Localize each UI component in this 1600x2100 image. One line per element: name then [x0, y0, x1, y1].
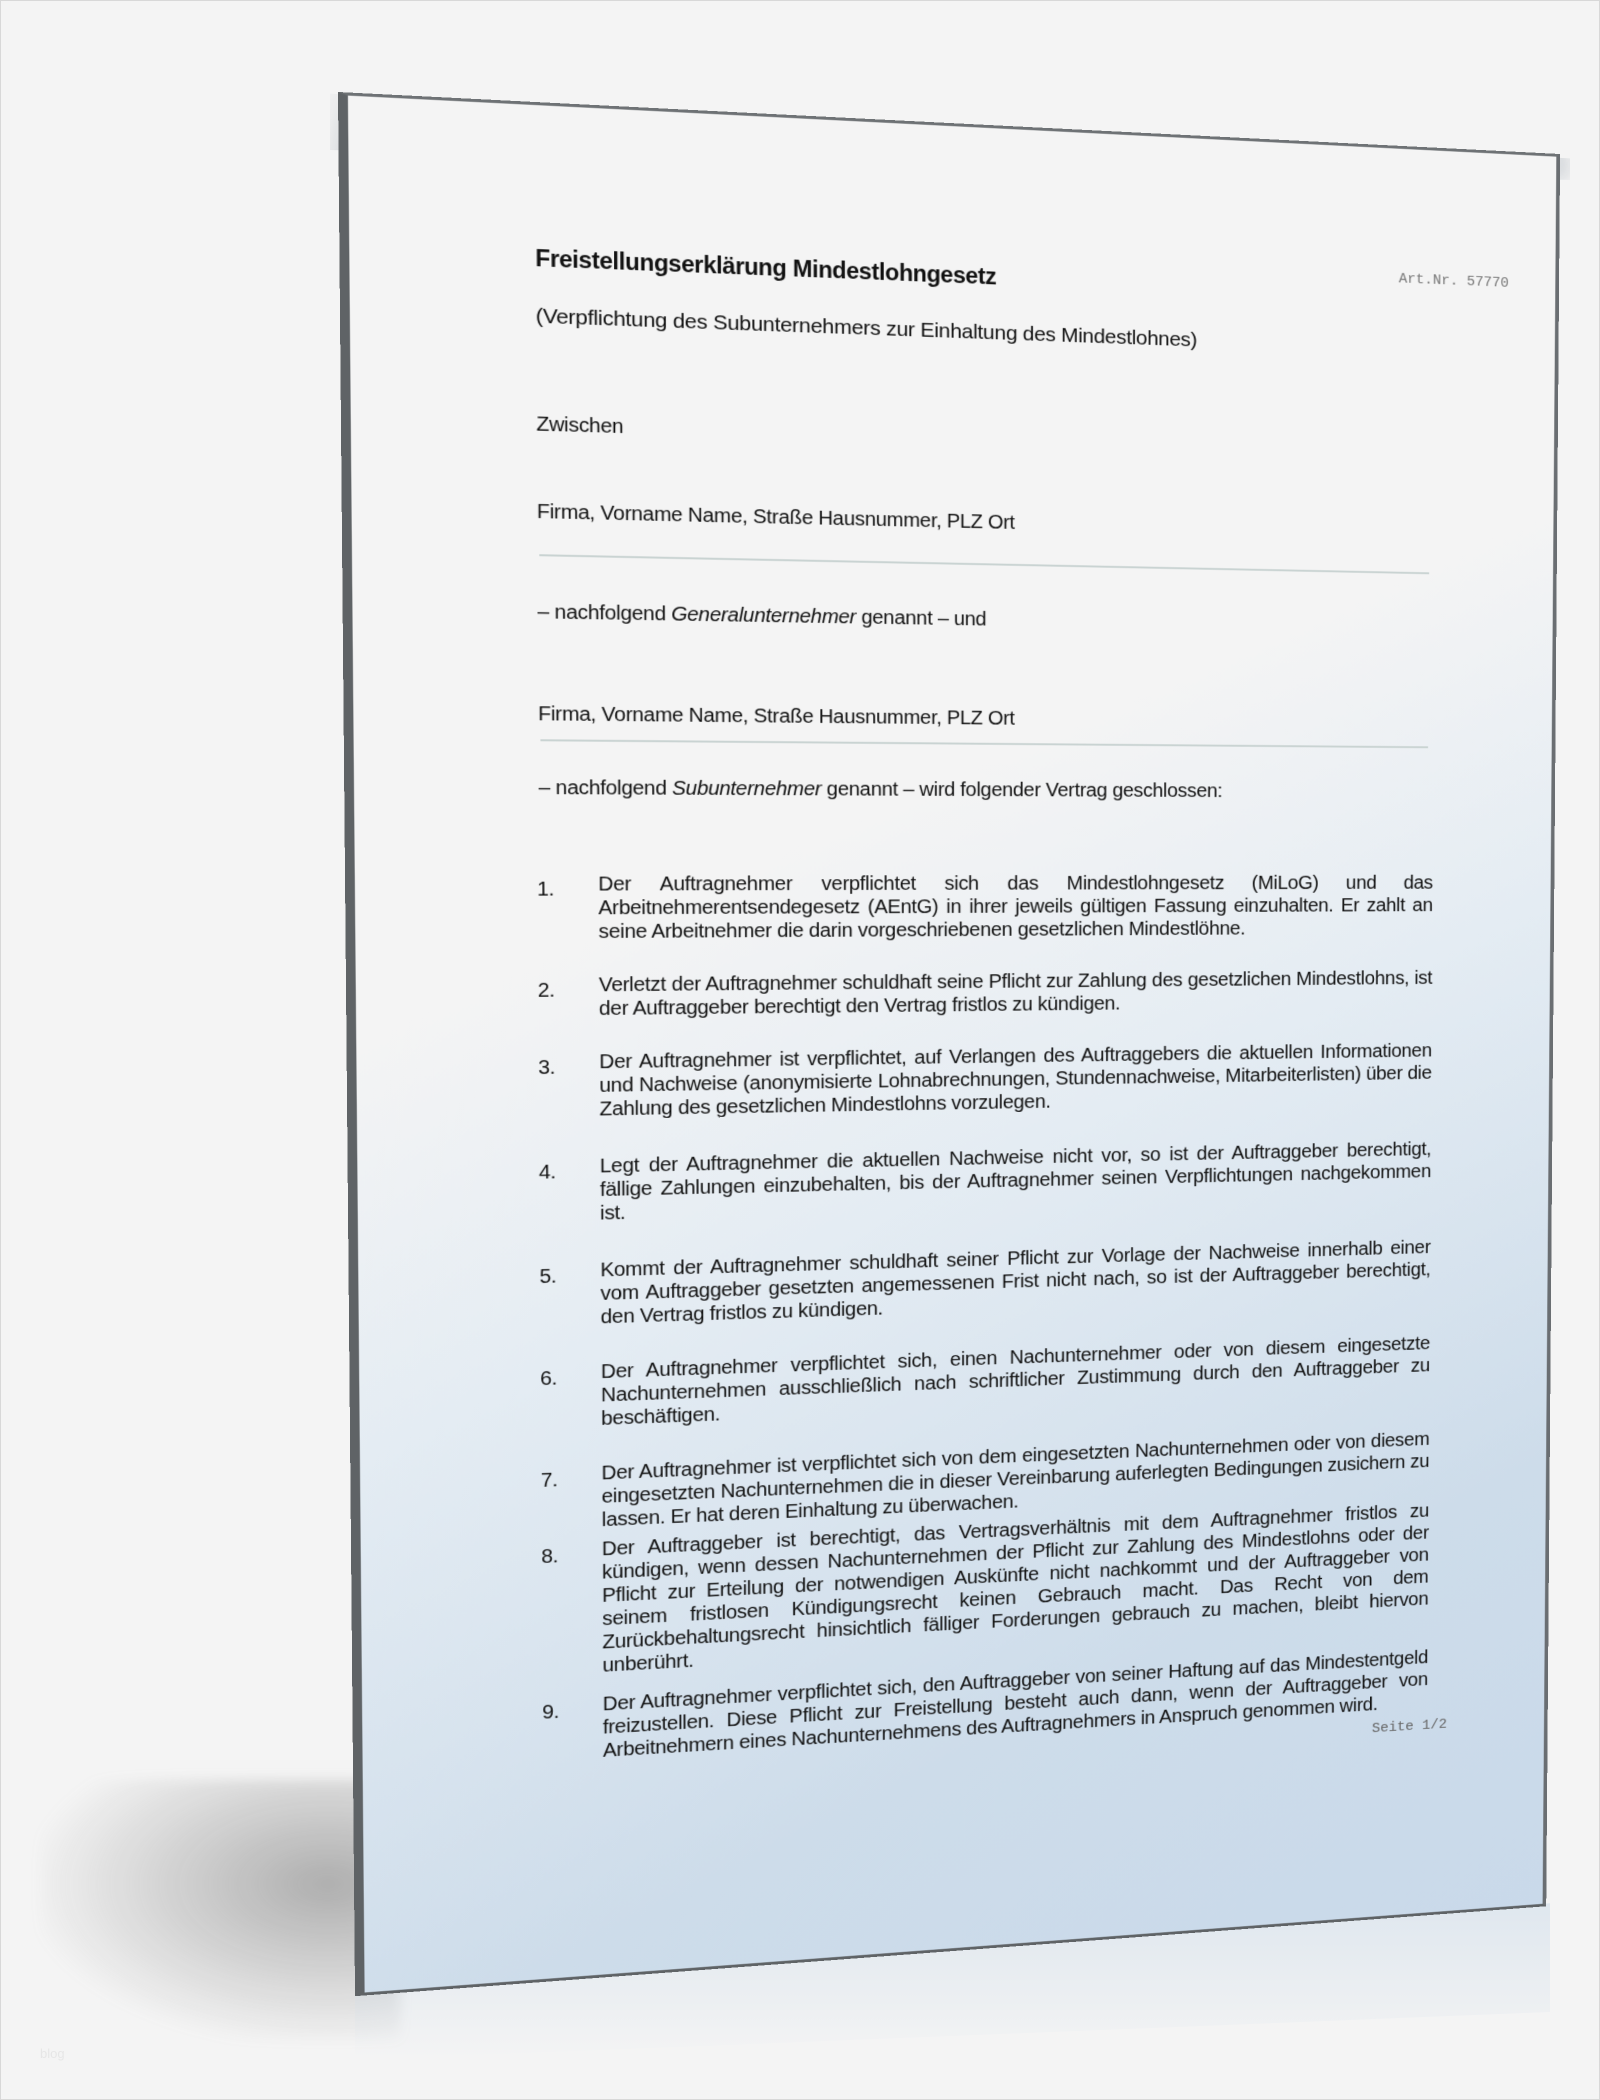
- party1-role-prefix: – nachfolgend: [537, 601, 671, 625]
- clause-6: 6. Der Auftragnehmer verpflichtet sich, …: [601, 1332, 1430, 1430]
- clause-text: Der Auftragnehmer verpflichtet sich, ein…: [601, 1332, 1430, 1430]
- clause-8: 8. Der Auftraggeber ist berechtigt, das …: [602, 1500, 1429, 1678]
- watermark: blog: [40, 2046, 65, 2061]
- clause-number: 3.: [538, 1056, 555, 1080]
- clause-text: Der Auftraggeber ist berechtigt, das Ver…: [602, 1500, 1429, 1678]
- page-number: Seite 1/2: [1372, 1717, 1447, 1737]
- clause-number: 8.: [541, 1545, 558, 1569]
- clause-number: 6.: [540, 1367, 557, 1391]
- clause-3: 3. Der Auftragnehmer ist verpflichtet, a…: [599, 1040, 1432, 1122]
- clause-1: 1. Der Auftragnehmer verpflichtet sich d…: [598, 872, 1433, 944]
- clause-text: Legt der Auftragnehmer die aktuellen Nac…: [600, 1138, 1432, 1225]
- clause-4: 4. Legt der Auftragnehmer die aktuellen …: [600, 1138, 1432, 1225]
- party2-separator-line: [540, 739, 1428, 748]
- document-page: Art.Nr. 57770 Freistellungserklärung Min…: [338, 92, 1560, 1996]
- page-drop-shadow: [40, 1780, 400, 2040]
- party1-role-name: Generalunternehmer: [671, 604, 856, 629]
- party2-role-suffix: genannt – wird folgender Vertrag geschlo…: [821, 779, 1222, 802]
- clause-text: Verletzt der Auftragnehmer schuldhaft se…: [599, 967, 1433, 1021]
- article-number: Art.Nr. 57770: [1399, 271, 1509, 292]
- clause-number: 2.: [538, 979, 555, 1003]
- clause-text: Der Auftragnehmer ist verpflichtet, auf …: [599, 1040, 1432, 1122]
- document-title: Freistellungserklärung Mindestlohngesetz: [535, 245, 996, 290]
- clause-number: 9.: [542, 1700, 559, 1724]
- party1-role-suffix: genannt – und: [856, 607, 986, 631]
- party1-separator-line: [539, 554, 1429, 574]
- party1-role: – nachfolgend Generalunternehmer genannt…: [537, 601, 986, 631]
- party2-role-name: Subunternehmer: [672, 778, 821, 800]
- party2-address-field: Firma, Vorname Name, Straße Hausnummer, …: [538, 703, 1015, 730]
- clause-number: 7.: [541, 1469, 558, 1493]
- clause-number: 1.: [537, 878, 554, 902]
- clause-number: 5.: [539, 1265, 556, 1289]
- clause-number: 4.: [539, 1161, 556, 1185]
- between-label: Zwischen: [536, 413, 623, 439]
- clause-text: Der Auftragnehmer verpflichtet sich das …: [598, 872, 1433, 944]
- clause-2: 2. Verletzt der Auftragnehmer schuldhaft…: [599, 967, 1433, 1021]
- clause-text: Kommt der Auftragnehmer schuldhaft seine…: [600, 1236, 1430, 1329]
- party1-address-field: Firma, Vorname Name, Straße Hausnummer, …: [537, 501, 1015, 535]
- party2-role-prefix: – nachfolgend: [539, 777, 673, 799]
- clause-5: 5. Kommt der Auftragnehmer schuldhaft se…: [600, 1236, 1430, 1329]
- document-page-wrapper: Art.Nr. 57770 Freistellungserklärung Min…: [338, 92, 1560, 1996]
- document-subtitle: (Verpflichtung des Subunternehmers zur E…: [536, 305, 1198, 353]
- party2-role: – nachfolgend Subunternehmer genannt – w…: [539, 777, 1223, 803]
